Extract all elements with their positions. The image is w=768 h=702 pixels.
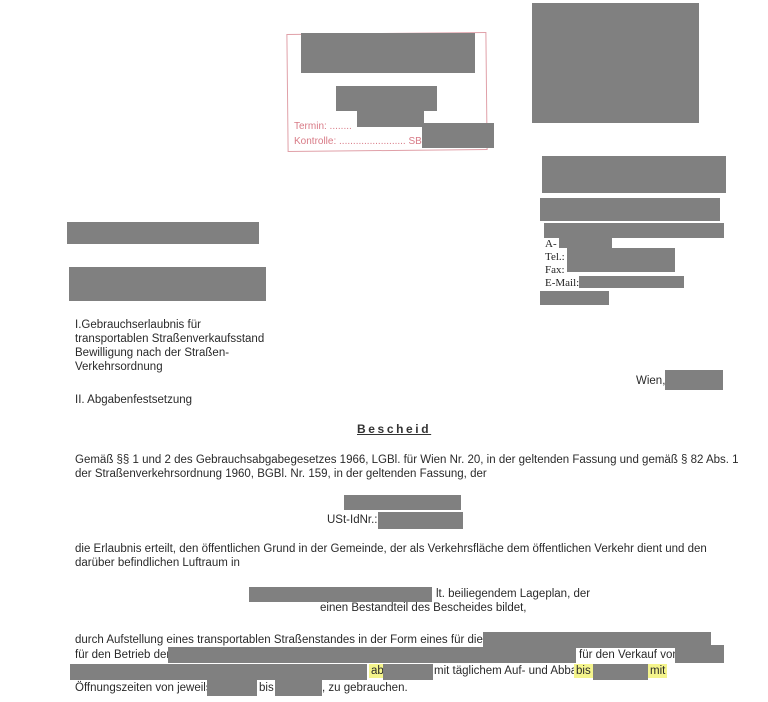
stamp-kontrolle-label: Kontrolle: ........................ SB: bbox=[294, 136, 425, 147]
redacted-start-date bbox=[383, 664, 433, 680]
paragraph-4-line-4c: , zu gebrauchen. bbox=[322, 681, 408, 695]
place-label: Wien, bbox=[636, 374, 665, 388]
redacted-recipient-line1 bbox=[67, 222, 259, 244]
sender-email-label: E-Mail: bbox=[545, 276, 579, 290]
redacted-stamp-date-2 bbox=[357, 110, 424, 127]
redacted-location bbox=[249, 587, 432, 602]
redacted-business-type bbox=[168, 647, 576, 663]
redacted-stamp-sb bbox=[422, 123, 494, 148]
subject-line-4: Verkehrsordnung bbox=[75, 360, 163, 374]
paragraph-1-line-2: der Straßenverkehrsordnung 1960, BGBl. N… bbox=[75, 467, 487, 481]
paragraph-4-line-4a: Öffnungszeiten von jeweils bbox=[75, 681, 212, 695]
paragraph-4-line-3b: mit täglichem Auf- und Abbau bbox=[434, 664, 584, 678]
subject-line-5: II. Abgabenfestsetzung bbox=[75, 393, 192, 407]
redacted-postcode bbox=[559, 236, 612, 248]
redacted-stamp-date bbox=[336, 86, 437, 111]
redacted-web bbox=[540, 291, 609, 305]
redacted-recipient-address bbox=[69, 267, 266, 301]
subject-line-3: Bewilligung nach der Straßen- bbox=[75, 346, 229, 360]
redacted-email bbox=[579, 276, 684, 288]
redacted-end-date bbox=[593, 664, 648, 680]
redacted-open-time bbox=[207, 680, 257, 696]
stamp-termin-label: Termin: ........ bbox=[294, 121, 352, 132]
paragraph-2-line-2: darüber befindlichen Luftraum in bbox=[75, 556, 240, 570]
redacted-sender-name bbox=[542, 156, 726, 193]
redacted-goods-1 bbox=[675, 645, 724, 663]
redacted-ust-id bbox=[378, 512, 463, 529]
document-title: Bescheid bbox=[357, 422, 431, 436]
subject-line-1: I.Gebrauchserlaubnis für bbox=[75, 318, 201, 332]
redacted-goods-2 bbox=[70, 664, 367, 680]
paragraph-4-line-1: durch Aufstellung eines transportablen S… bbox=[75, 633, 538, 647]
paragraph-4-until-label: bis bbox=[574, 664, 593, 678]
redacted-tel-fax bbox=[567, 248, 675, 272]
redacted-close-time bbox=[275, 680, 322, 696]
sender-fax-label: Fax: bbox=[545, 263, 565, 277]
sender-a-label: A- bbox=[545, 237, 557, 251]
redacted-logo bbox=[532, 3, 699, 123]
subject-line-2: transportablen Straßenverkaufsstand bbox=[75, 332, 264, 346]
redacted-sender-dept bbox=[540, 198, 720, 221]
paragraph-3-line-2: einen Bestandteil des Bescheides bildet, bbox=[320, 601, 527, 615]
paragraph-4-line-2b: für den Verkauf von bbox=[579, 648, 679, 662]
sender-tel-label: Tel.: bbox=[545, 250, 565, 264]
redacted-date bbox=[665, 370, 723, 390]
ust-label: USt-IdNr.: bbox=[327, 513, 377, 527]
redacted-stamp-header bbox=[301, 33, 475, 73]
redacted-applicant-name bbox=[344, 495, 461, 510]
paragraph-4-with-label: mit bbox=[648, 664, 667, 678]
paragraph-4-line-4b: bis bbox=[259, 681, 274, 695]
paragraph-3-line-1: lt. beiliegendem Lageplan, der bbox=[436, 587, 590, 601]
paragraph-1-line-1: Gemäß §§ 1 und 2 des Gebrauchsabgabegese… bbox=[75, 453, 739, 467]
paragraph-4-line-2a: für den Betrieb der bbox=[75, 648, 170, 662]
paragraph-2-line-1: die Erlaubnis erteilt, den öffentlichen … bbox=[75, 542, 707, 556]
